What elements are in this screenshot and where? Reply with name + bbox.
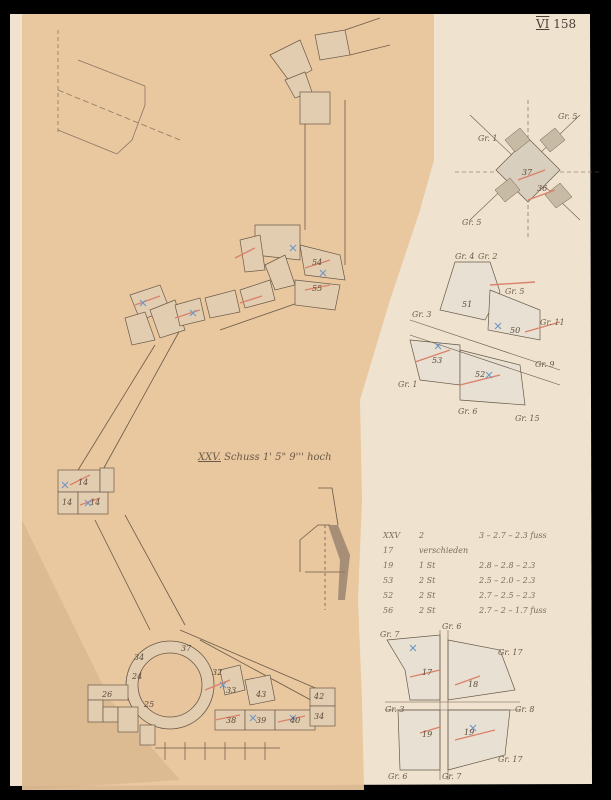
- grid-label: Gr. 6: [458, 407, 478, 416]
- stone-number: 39: [256, 716, 266, 725]
- stone-number: 37: [522, 168, 532, 177]
- stone-number: 51: [462, 300, 472, 309]
- notes-row: 522 St2.7 – 2.5 – 2.3: [383, 588, 547, 603]
- stone-number: 19: [422, 730, 432, 739]
- stone-number: 14: [62, 498, 72, 507]
- stone-dimensions-notes: XXV 172 verschieden3 – 2.7 – 2.3 fuss 19…: [383, 528, 547, 618]
- stone-number: 34: [134, 653, 144, 662]
- sheet-number-arabic: 158: [553, 17, 576, 31]
- grid-label: Gr. 7: [442, 772, 462, 781]
- stone-number: 43: [256, 690, 266, 699]
- grid-label: Gr. 15: [515, 414, 540, 423]
- plan-title-text: Schuss 1' 5" 9''' hoch: [224, 452, 332, 463]
- stone-number: 33: [226, 686, 236, 695]
- grid-label: Gr. 1: [398, 380, 418, 389]
- stone-number: 38: [226, 716, 236, 725]
- grid-label: Gr. 2: [478, 252, 498, 261]
- stone-number: 50: [510, 326, 520, 335]
- sheet-number-roman: VI: [536, 17, 549, 31]
- stone-number: 18: [468, 680, 478, 689]
- stone-number: 17: [422, 668, 432, 677]
- sheet-number: VI 158: [536, 17, 576, 31]
- stone-number: 19: [464, 728, 474, 737]
- drawing-canvas: [0, 0, 611, 800]
- stone-number: 55: [312, 284, 322, 293]
- grid-label: Gr. 5: [505, 287, 525, 296]
- grid-label: Gr. 4: [455, 252, 475, 261]
- grid-label: Gr. 5: [462, 218, 482, 227]
- grid-label: Gr. 7: [380, 630, 400, 639]
- stone-number: 34: [314, 712, 324, 721]
- stone-number: 24: [132, 672, 142, 681]
- grid-label: Gr. 1: [478, 134, 498, 143]
- stone-number: 53: [432, 356, 442, 365]
- grid-label: Gr. 5: [558, 112, 578, 121]
- grid-label: Gr. 17: [498, 755, 523, 764]
- stone-number: 36: [537, 184, 547, 193]
- stone-number: 42: [314, 692, 324, 701]
- stone-number: 14: [78, 478, 88, 487]
- grid-label: Gr. 8: [515, 705, 535, 714]
- grid-label: Gr. 17: [498, 648, 523, 657]
- stone-number: 25: [144, 700, 154, 709]
- stone-number: 37: [181, 644, 191, 653]
- plan-title: XXV. Schuss 1' 5" 9''' hoch: [198, 452, 332, 463]
- grid-label: Gr. 9: [535, 360, 555, 369]
- stone-number: 26: [102, 690, 112, 699]
- stone-number: 32: [212, 668, 222, 677]
- notes-row: XXV 172 verschieden3 – 2.7 – 2.3 fuss: [383, 528, 547, 558]
- grid-label: Gr. 3: [385, 705, 405, 714]
- notes-row: 532 St2.5 – 2.0 – 2.3: [383, 573, 547, 588]
- grid-label: Gr. 6: [388, 772, 408, 781]
- stone-number: 54: [312, 258, 322, 267]
- stone-number: 14: [90, 498, 100, 507]
- grid-label: Gr. 3: [412, 310, 432, 319]
- stone-number: 40: [290, 716, 300, 725]
- plan-title-prefix: XXV.: [198, 452, 221, 463]
- grid-label: Gr. 11: [540, 318, 565, 327]
- notes-row: 562 St2.7 – 2 – 1.7 fuss: [383, 603, 547, 618]
- notes-row: 191 St2.8 – 2.8 – 2.3: [383, 558, 547, 573]
- grid-label: Gr. 6: [442, 622, 462, 631]
- stone-number: 52: [475, 370, 485, 379]
